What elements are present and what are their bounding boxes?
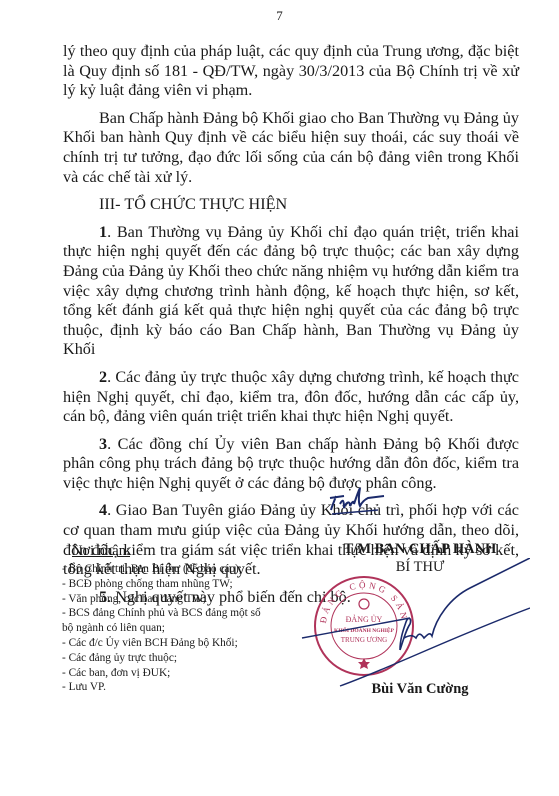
- document-body: lý theo quy định của pháp luật, các quy …: [63, 42, 519, 607]
- item-1: 1. Ban Thường vụ Đảng ủy Khối chỉ đạo qu…: [63, 223, 519, 360]
- recipient-item: - Văn phòng, các ban đảng TW;: [62, 592, 322, 607]
- recipient-item: - Các đ/c Ủy viên BCH Đảng bộ Khối;: [62, 636, 322, 651]
- page-number: 7: [0, 8, 559, 24]
- item-text: . Các đồng chí Ủy viên Ban chấp hành Đản…: [63, 435, 519, 492]
- item-text: . Các đảng ủy trực thuộc xây dựng chương…: [63, 368, 519, 425]
- heading-text: III- TỔ CHỨC THỰC HIỆN: [99, 195, 287, 213]
- paragraph-ban-chap-hanh: Ban Chấp hành Đảng bộ Khối giao cho Ban …: [63, 109, 519, 187]
- handwritten-signature-icon: [300, 558, 530, 688]
- signatory-name: Bùi Văn Cường: [330, 681, 510, 698]
- item-number: 3: [99, 435, 107, 453]
- signatory-role: T/M BAN CHẤP HÀNH: [330, 540, 510, 558]
- section-heading: III- TỔ CHỨC THỰC HIỆN: [63, 195, 519, 215]
- item-number: 4: [99, 501, 107, 519]
- recipient-item: - Các đảng ủy trực thuộc;: [62, 651, 322, 666]
- recipient-item: bộ ngành có liên quan;: [62, 621, 322, 636]
- recipient-item: - BCS đảng Chính phủ và BCS đảng một số: [62, 606, 322, 621]
- recipient-item: - Lưu VP.: [62, 680, 322, 695]
- paragraph-text: lý theo quy định của pháp luật, các quy …: [63, 42, 519, 99]
- recipients-title: Nơi nhận:: [72, 543, 322, 560]
- recipient-item: - BCĐ phòng chống tham nhũng TW;: [62, 577, 322, 592]
- item-3: 3. Các đồng chí Ủy viên Ban chấp hành Đả…: [63, 435, 519, 494]
- paragraph-continuation: lý theo quy định của pháp luật, các quy …: [63, 42, 519, 101]
- initials-signature-icon: [326, 484, 386, 520]
- recipient-item: - Các ban, đơn vị ĐUK;: [62, 666, 322, 681]
- recipient-item: - Bộ Chính trị, Ban Bí thư (để báo cáo);: [62, 562, 322, 577]
- recipients-block: Nơi nhận: - Bộ Chính trị, Ban Bí thư (để…: [62, 543, 322, 695]
- item-number: 2: [99, 368, 107, 386]
- item-number: 1: [99, 223, 107, 241]
- item-text: . Ban Thường vụ Đảng ủy Khối chỉ đạo quá…: [63, 223, 519, 359]
- paragraph-text: Ban Chấp hành Đảng bộ Khối giao cho Ban …: [63, 109, 519, 186]
- item-2: 2. Các đảng ủy trực thuộc xây dựng chươn…: [63, 368, 519, 427]
